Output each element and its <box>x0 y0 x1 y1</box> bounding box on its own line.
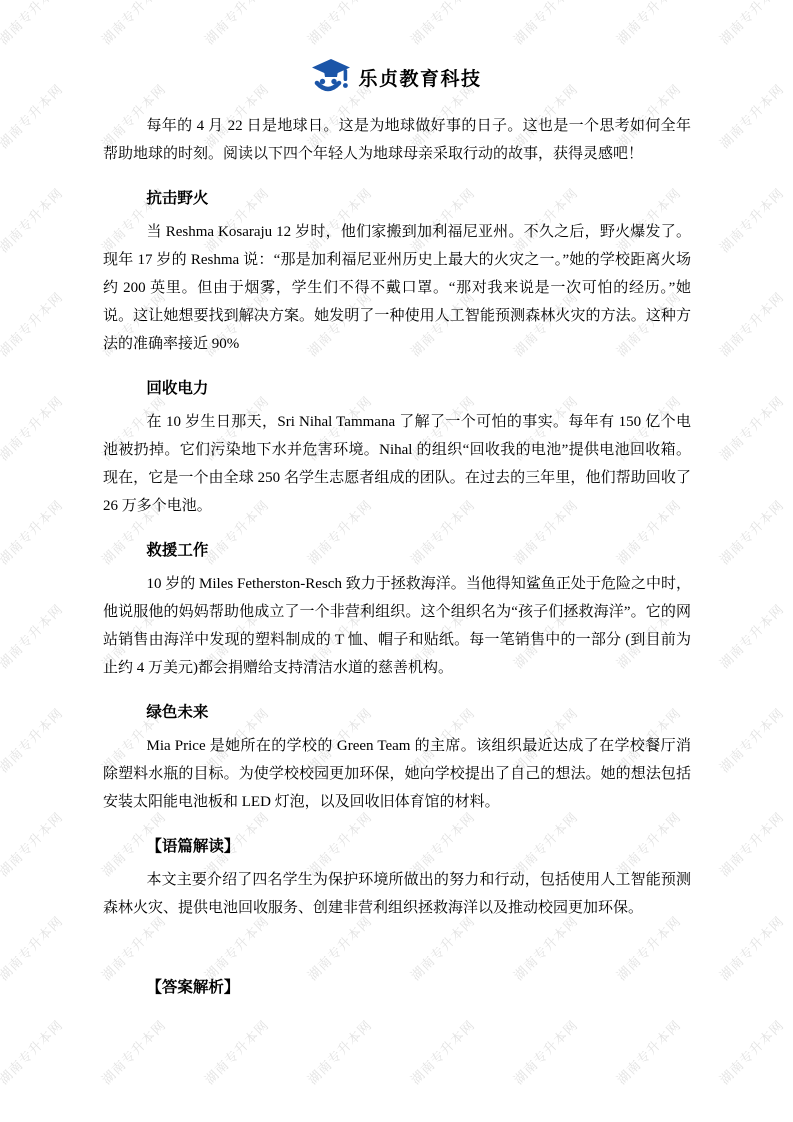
watermark-text: 湖南专升本网 <box>0 183 66 256</box>
section-paragraph: Mia Price 是她所在的学校的 Green Team 的主席。该组织最近达… <box>103 732 691 816</box>
section-paragraph: 本文主要介绍了四名学生为保护环境所做出的努力和行动，包括使用人工智能预测森林火灾… <box>103 866 691 922</box>
section-heading: 救援工作 <box>103 537 691 565</box>
watermark-text: 湖南专升本网 <box>0 807 66 880</box>
section-paragraph: 当 Reshma Kosaraju 12 岁时，他们家搬到加利福尼亚州。不久之后… <box>103 218 691 358</box>
watermark-text: 湖南专升本网 <box>509 1015 582 1088</box>
watermark-text: 湖南专升本网 <box>715 495 788 568</box>
section-heading: 回收电力 <box>103 375 691 403</box>
section-answer-analysis: 【答案解析】 <box>103 974 691 1002</box>
watermark-text: 湖南专升本网 <box>97 1015 170 1088</box>
watermark-text: 湖南专升本网 <box>715 599 788 672</box>
watermark-text: 湖南专升本网 <box>715 703 788 776</box>
graduation-cap-smiley-icon <box>311 58 351 96</box>
document-page: 湖南专升本网湖南专升本网湖南专升本网湖南专升本网湖南专升本网湖南专升本网湖南专升… <box>0 0 793 1122</box>
section-rescue-work: 救援工作 10 岁的 Miles Fetherston-Resch 致力于拯救海… <box>103 537 691 682</box>
intro-paragraph: 每年的 4 月 22 日是地球日。这是为地球做好事的日子。这也是一个思考如何全年… <box>103 112 691 168</box>
watermark-text: 湖南专升本网 <box>612 1015 685 1088</box>
watermark-text: 湖南专升本网 <box>303 1015 376 1088</box>
watermark-text: 湖南专升本网 <box>200 1015 273 1088</box>
watermark-text: 湖南专升本网 <box>715 183 788 256</box>
watermark-text: 湖南专升本网 <box>0 599 66 672</box>
section-passage-analysis: 【语篇解读】 本文主要介绍了四名学生为保护环境所做出的努力和行动，包括使用人工智… <box>103 833 691 922</box>
section-heading: 绿色未来 <box>103 699 691 727</box>
watermark-text: 湖南专升本网 <box>715 287 788 360</box>
article: 每年的 4 月 22 日是地球日。这是为地球做好事的日子。这也是一个思考如何全年… <box>103 112 691 1002</box>
watermark-text: 湖南专升本网 <box>715 391 788 464</box>
section-recycling-power: 回收电力 在 10 岁生日那天，Sri Nihal Tammana 了解了一个可… <box>103 375 691 520</box>
section-paragraph: 10 岁的 Miles Fetherston-Resch 致力于拯救海洋。当他得… <box>103 570 691 682</box>
watermark-text: 湖南专升本网 <box>0 911 66 984</box>
section-heading: 【语篇解读】 <box>103 833 691 861</box>
watermark-text: 湖南专升本网 <box>0 391 66 464</box>
section-heading: 【答案解析】 <box>103 974 691 1002</box>
watermark-text: 湖南专升本网 <box>0 495 66 568</box>
brand-header: 乐贞教育科技 <box>0 0 793 96</box>
watermark-text: 湖南专升本网 <box>0 287 66 360</box>
watermark-text: 湖南专升本网 <box>406 1015 479 1088</box>
section-heading: 抗击野火 <box>103 185 691 213</box>
watermark-text: 湖南专升本网 <box>715 1015 788 1088</box>
watermark-text: 湖南专升本网 <box>715 911 788 984</box>
watermark-text: 湖南专升本网 <box>0 1015 66 1088</box>
section-green-future: 绿色未来 Mia Price 是她所在的学校的 Green Team 的主席。该… <box>103 699 691 816</box>
section-fighting-wildfires: 抗击野火 当 Reshma Kosaraju 12 岁时，他们家搬到加利福尼亚州… <box>103 185 691 358</box>
watermark-text: 湖南专升本网 <box>0 703 66 776</box>
watermark-text: 湖南专升本网 <box>715 807 788 880</box>
section-paragraph: 在 10 岁生日那天，Sri Nihal Tammana 了解了一个可怕的事实。… <box>103 408 691 520</box>
brand-name: 乐贞教育科技 <box>358 64 481 91</box>
